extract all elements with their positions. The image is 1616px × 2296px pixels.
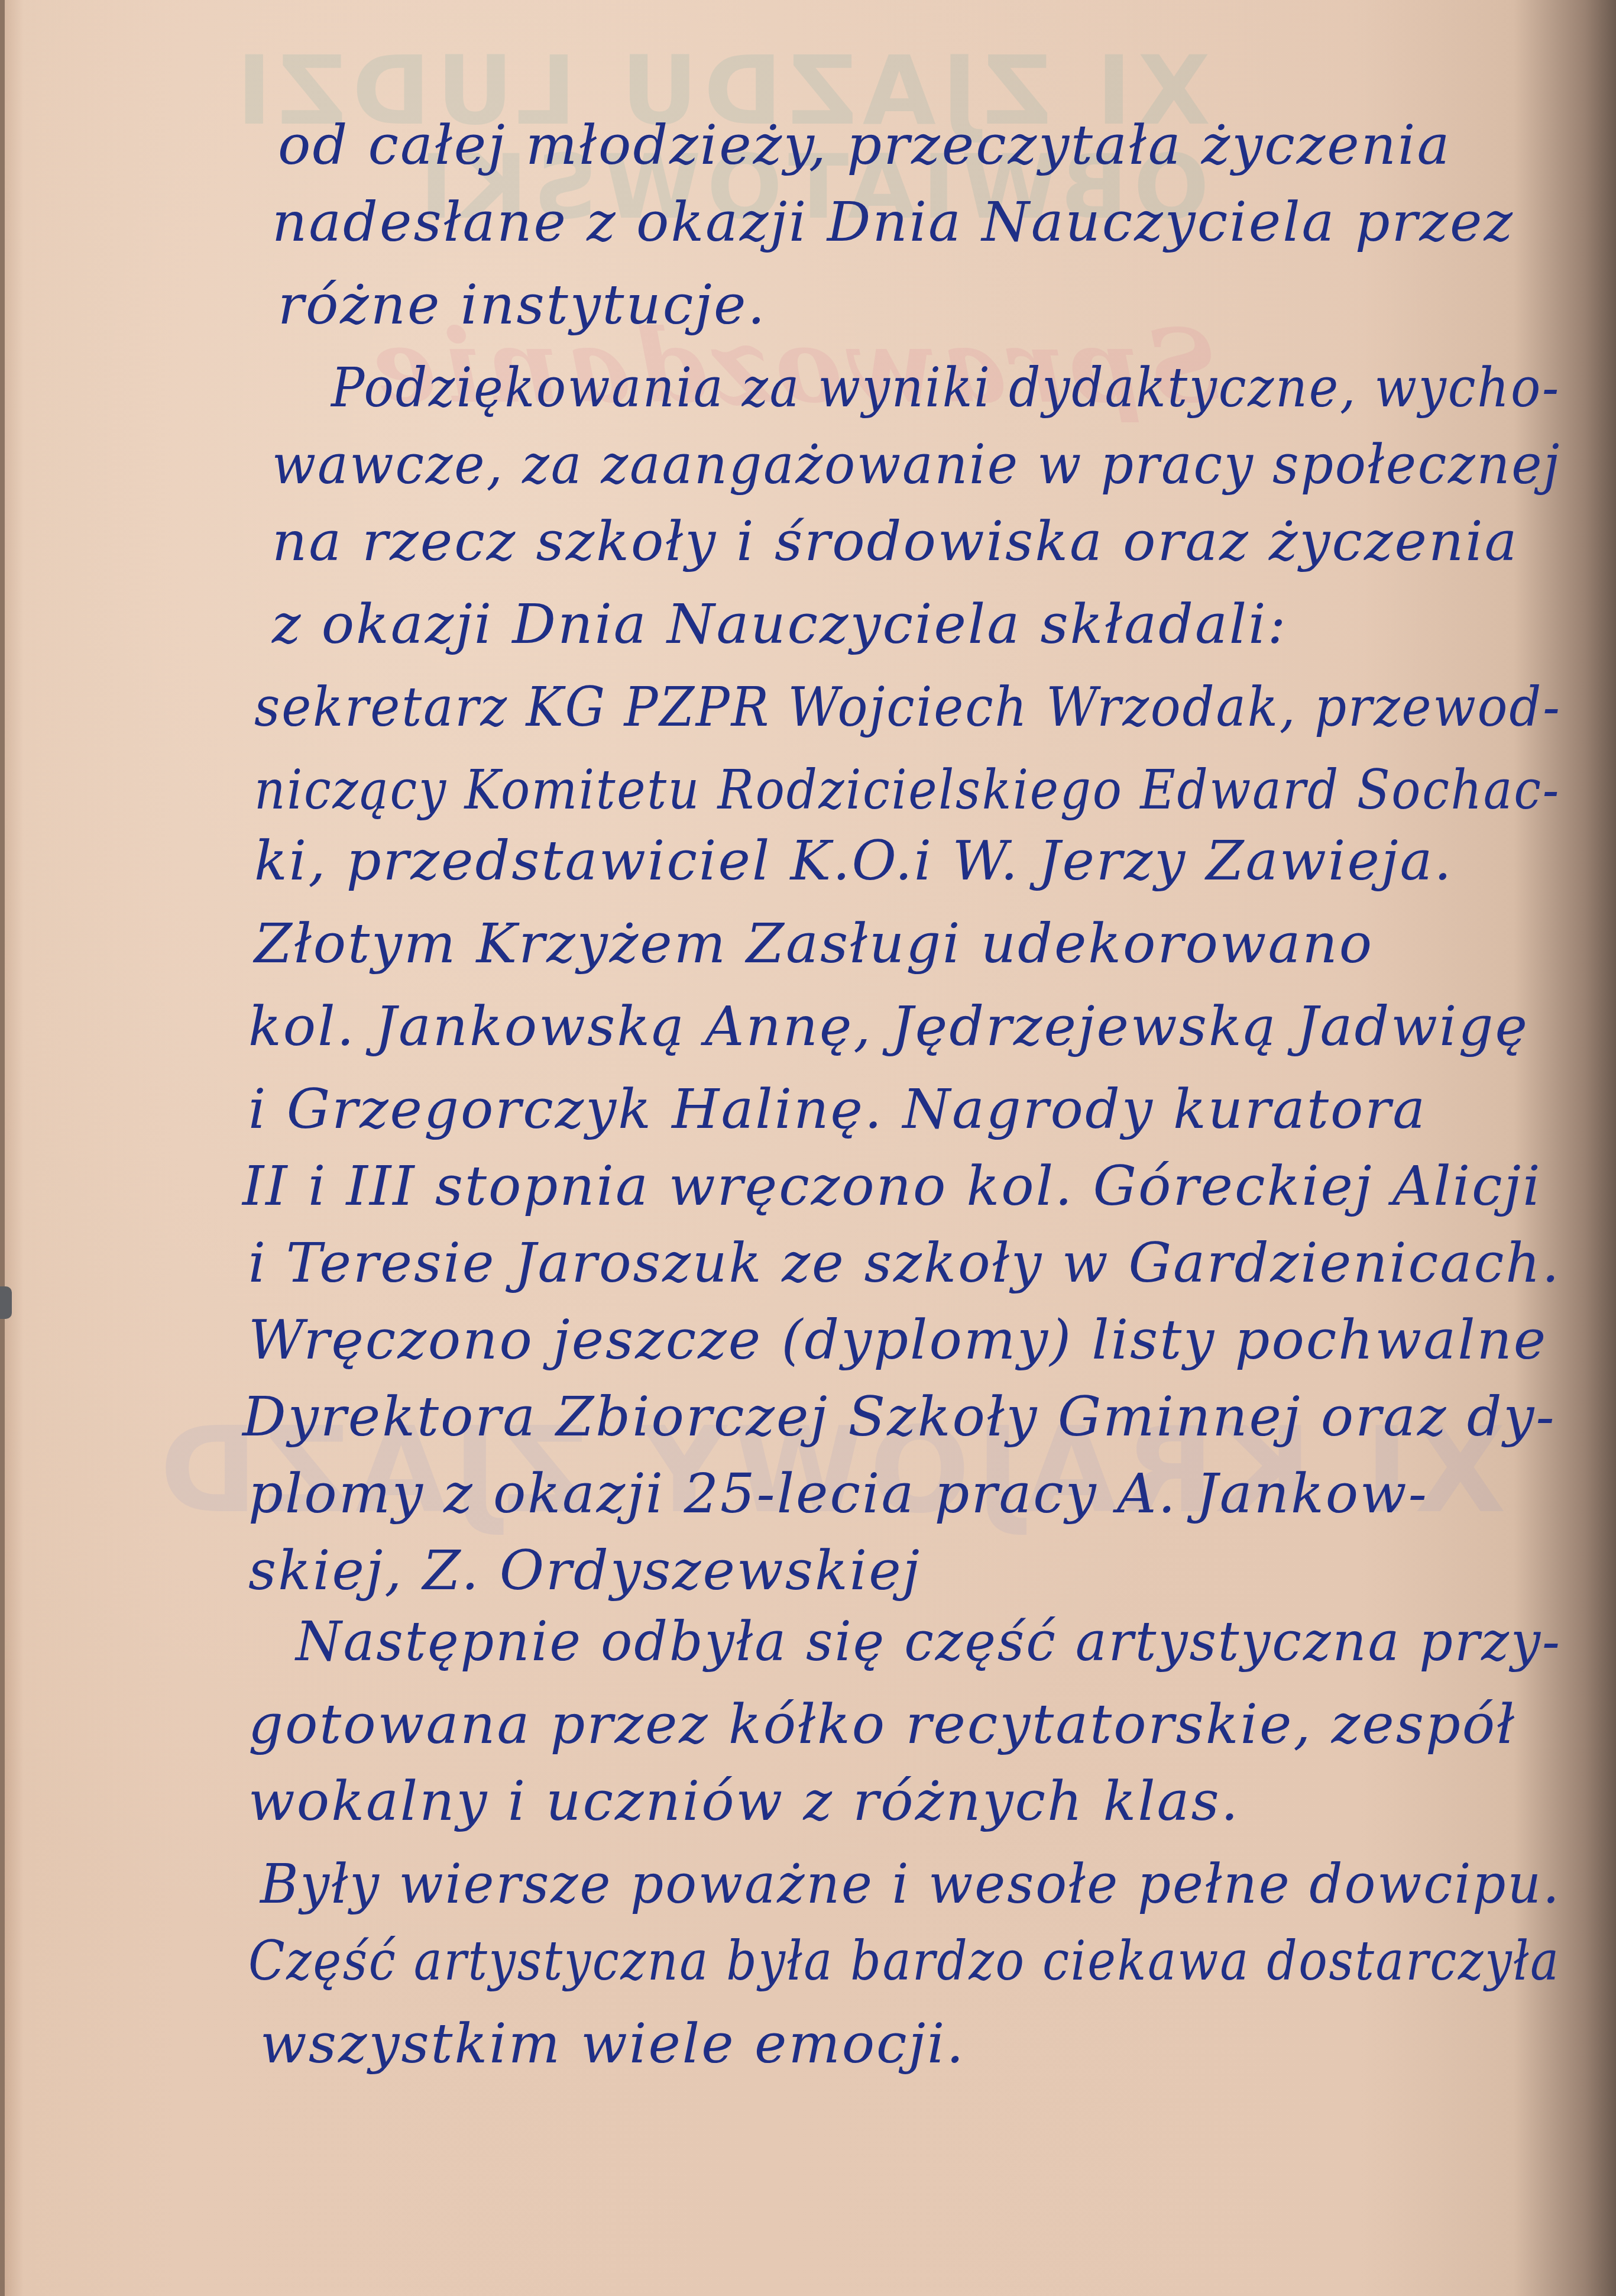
chronicle-page: XI ZJAZDU LUDZI OBWIATOWSKI Sprawozdanie… bbox=[0, 0, 1616, 2296]
handwritten-line: i Teresie Jaroszuk ze szkoły w Gardzieni… bbox=[248, 1236, 1561, 1291]
handwritten-line: Złotym Krzyżem Zasługi udekorowano bbox=[254, 917, 1374, 971]
handwritten-line: plomy z okazji 25-lecia pracy A. Jankow- bbox=[248, 1467, 1429, 1521]
handwritten-line: sekretarz KG PZPR Wojciech Wrzodak, prze… bbox=[254, 680, 1562, 735]
handwritten-line: nadesłane z okazji Dnia Nauczyciela prze… bbox=[272, 195, 1514, 250]
handwritten-line: Dyrektora Zbiorczej Szkoły Gminnej oraz … bbox=[242, 1390, 1556, 1444]
handwritten-line: Część artystyczna była bardzo ciekawa do… bbox=[248, 1934, 1560, 1988]
handwritten-line: z okazji Dnia Nauczyciela składali: bbox=[272, 597, 1288, 652]
handwritten-line: od całej młodzieży, przeczytała życzenia bbox=[278, 118, 1451, 173]
handwritten-line: II i III stopnia wręczono kol. Góreckiej… bbox=[242, 1159, 1542, 1214]
handwritten-line: Podziękowania za wyniki dydaktyczne, wyc… bbox=[331, 361, 1560, 415]
handwritten-line: wokalny i uczniów z różnych klas. bbox=[248, 1774, 1240, 1829]
handwritten-line: i Grzegorczyk Halinę. Nagrody kuratora bbox=[248, 1082, 1427, 1137]
handwritten-line: wawcze, za zaangażowanie w pracy społecz… bbox=[272, 438, 1561, 492]
handwritten-line: niczący Komitetu Rodzicielskiego Edward … bbox=[254, 763, 1560, 817]
handwritten-line: Wręczono jeszcze (dyplomy) listy pochwal… bbox=[248, 1313, 1547, 1367]
handwritten-line: różne instytucje. bbox=[278, 278, 767, 332]
handwritten-line: gotowana przez kółko recytatorskie, zesp… bbox=[248, 1697, 1516, 1752]
handwritten-line: kol. Jankowską Annę, Jędrzejewską Jadwig… bbox=[248, 1000, 1529, 1054]
handwritten-line: Były wiersze poważne i wesołe pełne dowc… bbox=[260, 1857, 1561, 1912]
handwritten-line: ki, przedstawiciel K.O.i W. Jerzy Zawiej… bbox=[254, 834, 1453, 888]
handwritten-line: Następnie odbyła się część artystyczna p… bbox=[296, 1615, 1562, 1669]
handwritten-line: na rzecz szkoły i środowiska oraz życzen… bbox=[272, 515, 1518, 569]
handwritten-line: wszystkim wiele emocji. bbox=[260, 2017, 966, 2071]
handwritten-line: skiej, Z. Ordyszewskiej bbox=[248, 1544, 921, 1598]
handwritten-text-block: od całej młodzieży, przeczytała życzenia… bbox=[0, 0, 1616, 2296]
